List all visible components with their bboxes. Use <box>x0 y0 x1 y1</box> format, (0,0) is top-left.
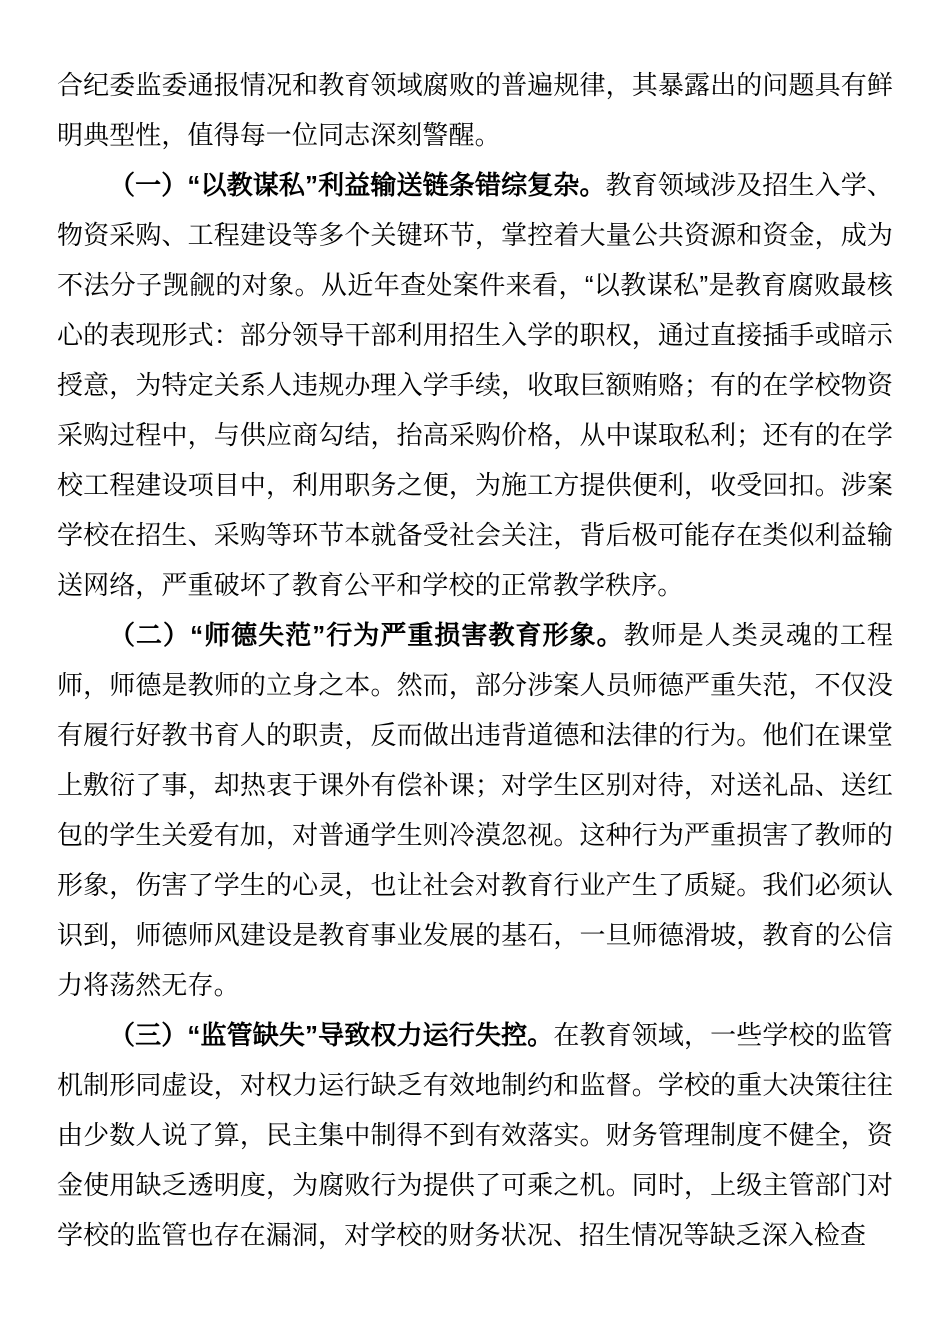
paragraph-section-1: （一）“以教谋私”利益输送链条错综复杂。教育领域涉及招生入学、物资采购、工程建设… <box>57 160 893 610</box>
paragraph-section-3: （三）“监管缺失”导致权力运行失控。在教育领域，一些学校的监管机制形同虚设，对权… <box>57 1010 893 1260</box>
section-2-heading: （二）“师德失范”行为严重损害教育形象。 <box>109 620 624 650</box>
section-3-heading: （三）“监管缺失”导致权力运行失控。 <box>109 1020 553 1050</box>
paragraph-continuation: 合纪委监委通报情况和教育领域腐败的普遍规律，其暴露出的问题具有鲜明典型性，值得每… <box>57 60 893 160</box>
section-1-heading: （一）“以教谋私”利益输送链条错综复杂。 <box>109 170 606 200</box>
document-page: 合纪委监委通报情况和教育领域腐败的普遍规律，其暴露出的问题具有鲜明典型性，值得每… <box>0 0 950 1344</box>
paragraph-section-2: （二）“师德失范”行为严重损害教育形象。教师是人类灵魂的工程师，师德是教师的立身… <box>57 610 893 1010</box>
paragraph-text: 合纪委监委通报情况和教育领域腐败的普遍规律，其暴露出的问题具有鲜明典型性，值得每… <box>57 70 893 150</box>
section-3-body: 在教育领域，一些学校的监管机制形同虚设，对权力运行缺乏有效地制约和监督。学校的重… <box>57 1020 893 1250</box>
section-1-body: 教育领域涉及招生入学、物资采购、工程建设等多个关键环节，掌控着大量公共资源和资金… <box>57 170 893 600</box>
section-2-body: 教师是人类灵魂的工程师，师德是教师的立身之本。然而，部分涉案人员师德严重失范，不… <box>57 620 893 1000</box>
